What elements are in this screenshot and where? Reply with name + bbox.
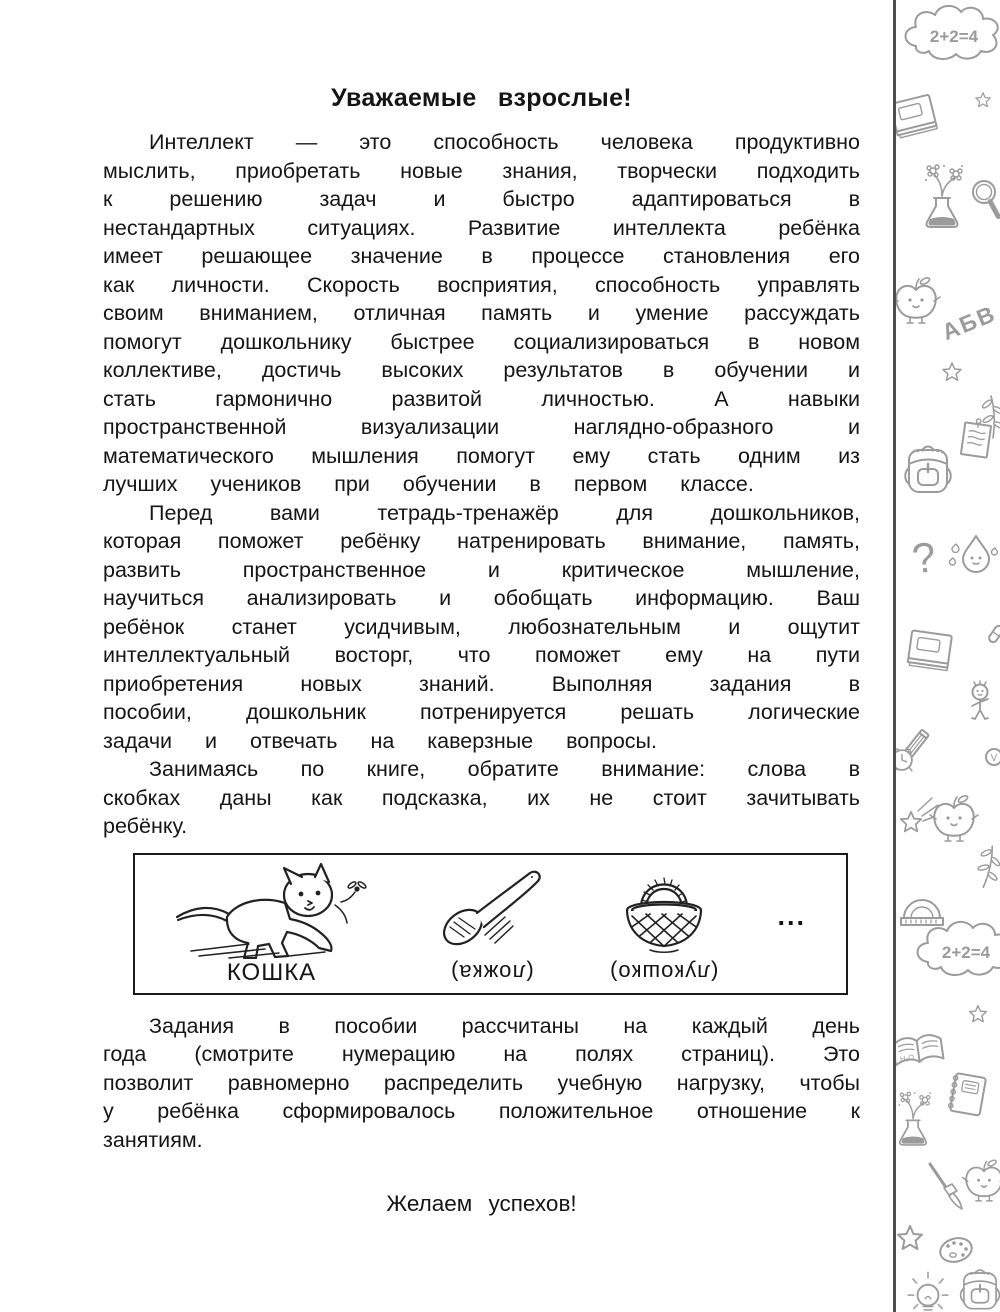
spoon-drawing [433,863,551,957]
backpack-icon [961,1270,1000,1309]
pill-icon [988,624,1000,643]
item-label-spoon: (ложка) [450,957,534,985]
flask-with-flowers-icon [925,165,963,227]
spiral-notebook-icon [948,1073,986,1116]
star-icon [976,93,990,107]
apple-character-icon [930,794,978,841]
pinned-note-icon [961,417,992,457]
star-icon [943,363,961,380]
doodle-margin-strip: 2+2=4 [893,0,1000,1312]
circled-v-icon [986,749,1000,765]
comet-star-icon [901,798,939,831]
closing-line: Желаем успехов! [103,1191,860,1217]
leaf-sprig-icon [972,844,1000,891]
open-book-h2o-icon [896,1033,943,1065]
page-title: Уважаемые взрослые! [103,84,860,113]
paragraph-workbook: Перед вами тетрадь-тренажёр для дошкольн… [103,499,860,756]
paintbrush-icon [930,1164,962,1209]
apple-character-icon [896,276,940,323]
paragraph-intro: Интеллект — это способность человека про… [103,128,860,499]
doodle-pattern [896,6,1000,1312]
apple-character-icon [962,1159,1000,1201]
water-drop-character-icon [949,536,997,572]
palette-icon [938,1235,975,1265]
basket-drawing [610,863,718,957]
cat-drawing [169,863,374,959]
cloud-2plus2-icon [918,922,1000,975]
page-content: Уважаемые взрослые! Интеллект — это спос… [103,84,860,1217]
cloud-2plus2-icon [906,6,998,59]
paragraph-hint: Занимаясь по книге, обратите внимание: с… [103,755,860,841]
paragraph-schedule: Задания в пособии рассчитаны на каждый д… [103,1012,860,1155]
example-box: КОШКА [133,853,848,995]
star-icon [970,1006,987,1022]
ellipsis: ... [777,863,812,985]
item-label-cat: КОШКА [227,959,316,989]
example-item-spoon: (ложка) [433,863,551,985]
flask-with-flowers-icon [899,1092,931,1145]
item-label-basket: (лукошко) [609,957,718,985]
letters-abv-icon [938,300,999,345]
lightbulb-icon [908,1272,948,1312]
example-item-basket: (лукошко) [609,863,718,985]
magnifying-glass-icon [969,179,1000,217]
protractor-icon [901,900,943,925]
book-icon [896,95,937,139]
example-item-cat: КОШКА [169,863,374,985]
boy-icon [972,681,988,719]
star-icon [898,1226,922,1249]
book-icon [900,621,960,679]
question-mark-icon [909,533,939,583]
backpack-icon [905,447,951,493]
alarm-clock-icon [896,749,912,771]
